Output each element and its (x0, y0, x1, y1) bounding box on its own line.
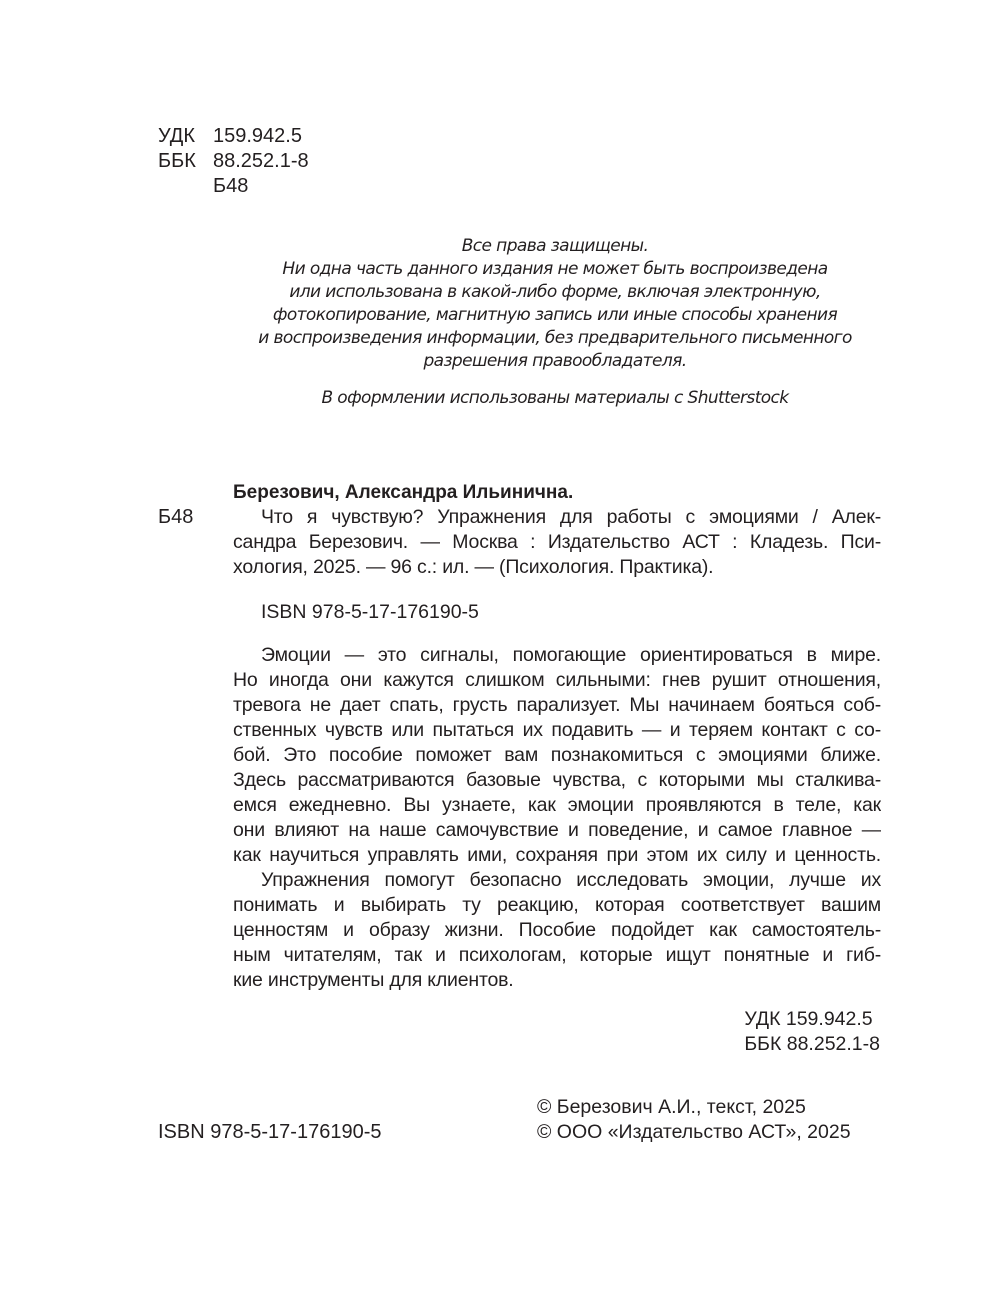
annotation-line: Упражнения помогут безопасно исследовать… (233, 868, 881, 893)
description-line: Что я чувствую? Упражнения для работы с … (233, 505, 881, 530)
author-heading: Березович, Александра Ильинична. (233, 480, 573, 505)
bbk-row: ББК88.252.1-8 (158, 149, 309, 174)
bibliographic-description: Что я чувствую? Упражнения для работы с … (233, 505, 881, 580)
rights-line: и воспроизведения информации, без предва… (200, 327, 910, 350)
annotation-line: ственных чувств или пытаться их подавить… (233, 718, 881, 743)
description-line: сандра Березович. — Москва : Издательств… (233, 530, 881, 555)
copyright-line-publisher: © ООО «Издательство АСТ», 2025 (537, 1120, 851, 1145)
annotation-line: Но иногда они кажутся слишком сильными: … (233, 668, 881, 693)
rights-notice: Все права защищены. Ни одна часть данног… (200, 235, 910, 410)
annotation: Эмоции — это сигналы, помогающие ориенти… (233, 643, 881, 993)
udk-label: УДК (158, 124, 213, 149)
udk-value: 159.942.5 (213, 125, 302, 147)
annotation-line: они влияют на наше самочувствие и поведе… (233, 818, 881, 843)
annotation-line: Здесь рассматриваются базовые чувства, с… (233, 768, 881, 793)
bbk-label: ББК (158, 149, 213, 174)
isbn-footer: ISBN 978-5-17-176190-5 (158, 1120, 381, 1145)
copyright-line-author: © Березович А.И., текст, 2025 (537, 1095, 851, 1120)
classification-top: УДК159.942.5 ББК88.252.1-8 Б48 (158, 124, 309, 199)
rights-line: Ни одна часть данного издания не может б… (200, 258, 910, 281)
udk-row: УДК159.942.5 (158, 124, 309, 149)
annotation-line: ным читателям, так и психологам, которые… (233, 943, 881, 968)
annotation-line: кие инструменты для клиентов. (233, 968, 881, 993)
author-mark-row: Б48 (158, 174, 309, 199)
description-line: хология, 2025. — 96 с.: ил. — (Психологи… (233, 555, 881, 580)
annotation-line: емся ежедневно. Вы узнаете, как эмоции п… (233, 793, 881, 818)
annotation-line: понимать и выбирать ту реакцию, которая … (233, 893, 881, 918)
rights-line: разрешения правообладателя. (200, 350, 910, 373)
bbk-code: ББК 88.252.1-8 (744, 1032, 880, 1057)
udk-code: УДК 159.942.5 (744, 1007, 880, 1032)
annotation-line: тревога не дает спать, грусть парализует… (233, 693, 881, 718)
author-mark-side: Б48 (158, 505, 193, 530)
image-credit: В оформлении использованы материалы с Sh… (200, 387, 910, 410)
annotation-line: ценностям и образу жизни. Пособие подойд… (233, 918, 881, 943)
bbk-value: 88.252.1-8 (213, 150, 309, 172)
rights-line: или использована в какой-либо форме, вкл… (200, 281, 910, 304)
rights-line: Все права защищены. (200, 235, 910, 258)
annotation-line: бой. Это пособие поможет вам познакомить… (233, 743, 881, 768)
annotation-line: Эмоции — это сигналы, помогающие ориенти… (233, 643, 881, 668)
author-mark: Б48 (213, 175, 248, 197)
copyright-block: © Березович А.И., текст, 2025 © ООО «Изд… (537, 1095, 851, 1145)
annotation-line: как научиться управлять ими, сохраняя пр… (233, 843, 881, 868)
classification-bottom: УДК 159.942.5 ББК 88.252.1-8 (744, 1007, 880, 1057)
rights-line: фотокопирование, магнитную запись или ин… (200, 304, 910, 327)
isbn-record: ISBN 978-5-17-176190-5 (261, 600, 479, 625)
